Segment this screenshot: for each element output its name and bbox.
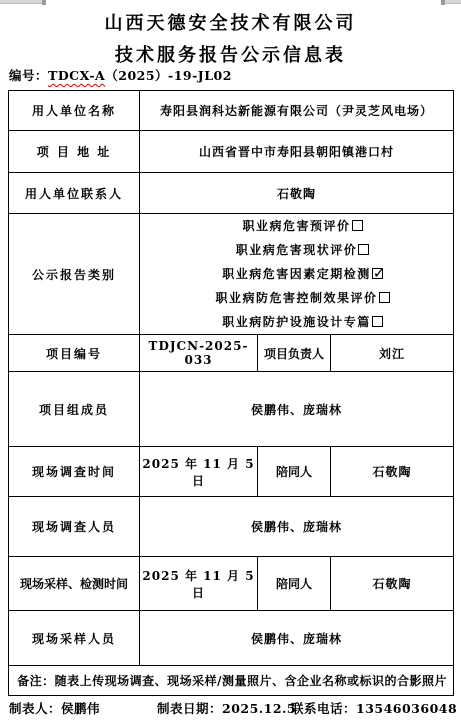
document-number-code: TDCX-A: [48, 68, 105, 83]
table-maker: 制表人：侯鹏伟: [9, 701, 100, 716]
report-type-label: 职业病危害因素定期检测: [222, 267, 371, 281]
project-address-label: 项 目 地 址: [9, 131, 140, 173]
report-type-option: 职业病防护设施设计专篇: [152, 310, 453, 334]
checkbox-unchecked[interactable]: [372, 316, 383, 327]
sampling-escort-label: 陪同人: [258, 557, 331, 611]
table-row: 现场采样人员 侯鹏伟、庞瑞林: [9, 611, 454, 666]
report-category-label: 公示报告类别: [9, 214, 140, 335]
table-row: 项目组成员 侯鹏伟、庞瑞林: [9, 372, 454, 447]
report-type-option: 职业病危害现状评价: [152, 238, 453, 262]
table-row: 项 目 地 址 山西省晋中市寿阳县朝阳镇港口村: [9, 131, 454, 173]
table-row: 用人单位名称 寿阳县润科达新能源有限公司（尹灵芝风电场）: [9, 91, 454, 131]
checkbox-checked[interactable]: ✓: [372, 268, 383, 279]
project-team-label: 项目组成员: [9, 372, 140, 447]
sampling-staff-label: 现场采样人员: [9, 611, 140, 666]
survey-time-value: 2025 年 11 月 5 日: [140, 447, 258, 497]
employer-contact-value: 石敬陶: [140, 173, 454, 214]
window-edge-tick-right: [441, 0, 445, 5]
report-type-label: 职业病防危害控制效果评价: [216, 291, 378, 305]
project-no-value: TDJCN-2025-033: [140, 335, 258, 372]
sampling-time-value: 2025 年 11 月 5 日: [140, 557, 258, 611]
employer-name-label: 用人单位名称: [9, 91, 140, 131]
sampling-escort-value: 石敬陶: [331, 557, 454, 611]
window-edge-fragment-right: [444, 0, 461, 4]
report-type-label: 职业病防护设施设计专篇: [222, 315, 371, 329]
remark-note: 备注：随表上传现场调查、现场采样/测量照片、含企业名称或标识的合影照片: [9, 666, 454, 696]
contact-phone: 联系电话：13546036048: [291, 699, 457, 717]
project-address-value: 山西省晋中市寿阳县朝阳镇港口村: [140, 131, 454, 173]
sampling-time-label: 现场采样、检测时间: [9, 557, 140, 611]
table-row: 备注：随表上传现场调查、现场采样/测量照片、含企业名称或标识的合影照片: [9, 666, 454, 696]
report-type-option: 职业病危害预评价: [152, 214, 453, 238]
document-number-rest: （2025）-19-JL02: [105, 68, 232, 83]
document-title: 技术服务报告公示信息表: [0, 35, 461, 67]
report-category-list: 职业病危害预评价 职业病危害现状评价 职业病危害因素定期检测✓ 职业病防危害控制…: [140, 214, 454, 335]
project-no-label: 项目编号: [9, 335, 140, 372]
table-row: 现场采样、检测时间 2025 年 11 月 5 日 陪同人 石敬陶: [9, 557, 454, 611]
project-leader-label: 项目负责人: [258, 335, 331, 372]
document-number: 编号：TDCX-A（2025）-19-JL02: [9, 66, 232, 84]
project-team-value: 侯鹏伟、庞瑞林: [140, 372, 454, 447]
footer-line: 制表人：侯鹏伟 制表日期：2025.12.5 联系电话：13546036048: [9, 699, 457, 717]
report-type-label: 职业病危害现状评价: [236, 243, 358, 257]
survey-escort-label: 陪同人: [258, 447, 331, 497]
table-row: 现场调查人员 侯鹏伟、庞瑞林: [9, 497, 454, 557]
survey-staff-label: 现场调查人员: [9, 497, 140, 557]
report-type-label: 职业病危害预评价: [243, 219, 351, 233]
info-table: 用人单位名称 寿阳县润科达新能源有限公司（尹灵芝风电场） 项 目 地 址 山西省…: [8, 90, 454, 696]
document-number-label: 编号：: [9, 68, 48, 83]
company-title: 山西天德安全技术有限公司: [0, 0, 461, 35]
survey-escort-value: 石敬陶: [331, 447, 454, 497]
report-type-option: 职业病危害因素定期检测✓: [152, 262, 453, 286]
employer-name-value: 寿阳县润科达新能源有限公司（尹灵芝风电场）: [140, 91, 454, 131]
project-leader-value: 刘江: [331, 335, 454, 372]
window-edge-fragment-left: [0, 0, 44, 4]
table-date: 制表日期：2025.12.5: [157, 699, 296, 717]
table-row: 公示报告类别 职业病危害预评价 职业病危害现状评价 职业病危害因素定期检测✓ 职…: [9, 214, 454, 335]
employer-contact-label: 用人单位联系人: [9, 173, 140, 214]
report-type-option: 职业病防危害控制效果评价: [152, 286, 453, 310]
document-page: 山西天德安全技术有限公司 技术服务报告公示信息表 编号：TDCX-A（2025）…: [0, 0, 461, 722]
table-row: 用人单位联系人 石敬陶: [9, 173, 454, 214]
checkbox-unchecked[interactable]: [352, 220, 363, 231]
sampling-staff-value: 侯鹏伟、庞瑞林: [140, 611, 454, 666]
survey-time-label: 现场调查时间: [9, 447, 140, 497]
checkbox-unchecked[interactable]: [358, 244, 369, 255]
survey-staff-value: 侯鹏伟、庞瑞林: [140, 497, 454, 557]
window-edge-tick-left: [42, 0, 46, 5]
table-row: 项目编号 TDJCN-2025-033 项目负责人 刘江: [9, 335, 454, 372]
checkbox-unchecked[interactable]: [379, 292, 390, 303]
table-row: 现场调查时间 2025 年 11 月 5 日 陪同人 石敬陶: [9, 447, 454, 497]
